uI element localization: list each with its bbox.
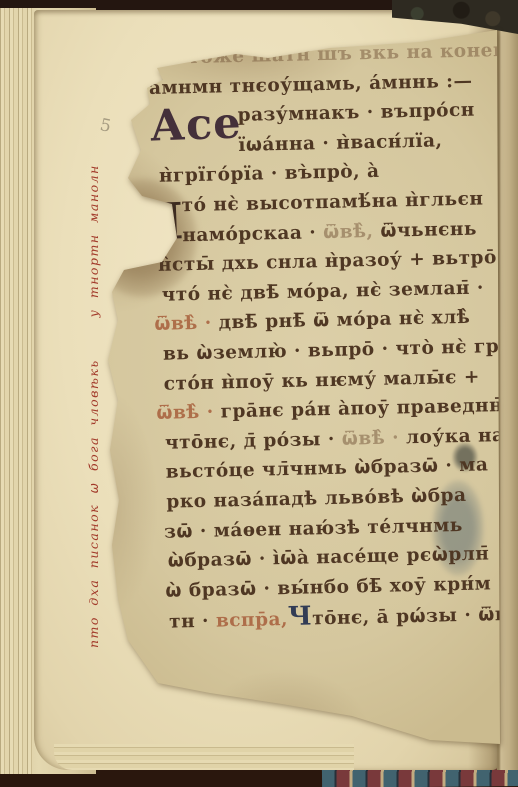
text-segment: сто́н н̀поӯ кь нѥму́ малы̄є + <box>163 366 480 394</box>
text-segment: то̄нє, а̄ рѡ́зы · ѿвѣ̄ <box>312 604 518 630</box>
text-segment: разу́мнакъ · въпро́сн <box>237 100 475 126</box>
manuscript-leaf-wrap: тоже шатн шъ вкь на конець сєа́мнмн тнєо… <box>0 0 518 787</box>
text-segment: гра̄нє ра́н а̀поӯ праведнн̄, <box>213 395 510 423</box>
text-segment: зѡ̄ · ма́ѳен наю́зѣ те́лчнмь <box>164 514 463 542</box>
text-segment: ѡ̀ бразѡ̄ · вы́нбо бѣ̄ хоӯ крн́м <box>165 573 491 601</box>
text-segment: рко наза́падѣ льво́вѣ ѡ̀бра <box>166 485 467 513</box>
text-segment: н̀сты̄ дхь снла н̀разоу́ + вьтро̄ <box>158 247 497 276</box>
margin-note-red: пто дха писанок ѡ бога чловѣкь у тнортн … <box>86 128 101 648</box>
text-segment: лоу́ка на <box>399 425 505 448</box>
text-segment: то́ нє̀ высотпамѣ́на н̀гльєн <box>181 188 483 216</box>
text-segment: вьсто́це чл̄чнмь ѡ̀бразѡ̄ · ма <box>165 455 488 483</box>
text-segment: что̄нє, д̄ ро́зы · <box>165 429 335 454</box>
text-segment: ѿвѣ̀ · <box>154 313 212 335</box>
text-segment: двѣ̄ рнѣ̄ ѿ мо́ра нє̀ хлѣ̀ <box>211 307 470 334</box>
text-segment: їѡа́нна · н̀васн́лїа, <box>238 130 443 156</box>
text-segment: ѿвѣ̀ · <box>156 402 214 424</box>
text-segment: вспр̄а, <box>216 609 288 632</box>
decorated-initial-CH: Ч <box>137 191 185 252</box>
text-segment: намо́рскаа · <box>182 222 316 246</box>
text-segment: вь ѡ̀землю̀ · вьпро̄ · что̀ нє̀ гра̀ <box>163 336 512 365</box>
manuscript-leaf: тоже шатн шъ вкь на конець сєа́мнмн тнєо… <box>0 0 518 787</box>
text-segment: Ч <box>288 602 313 633</box>
text-segment: ѿчьнєнь <box>373 218 477 241</box>
text-segment: ѡ̀бразѡ̄ · і̀ѡ̄а̀ насе́ще рєѡ̀рлн̄ <box>168 543 490 571</box>
text-segment: ѿвѣ̀, <box>316 220 374 242</box>
text-segment: а́мнмн тнєоу́щамь, а́мннь :— <box>149 70 473 98</box>
text-segment: н̀грїго́рїа · въ̀про̀, а̀ <box>159 161 380 187</box>
manuscript-photo: тоже шатн шъ вкь на конець сєа́мнмн тнєо… <box>0 0 518 787</box>
text-segment: ѿвѣ̀ · <box>335 427 400 449</box>
text-segment: тоже шатн шъ вкь на конець сє <box>188 39 518 68</box>
decorated-initial-ASE: Асе <box>149 98 242 151</box>
text-segment: что́ нє̀ двѣ̄ мо́ра, нє̀ землан̄ · <box>161 277 484 305</box>
text-segment: тн · <box>169 611 216 633</box>
